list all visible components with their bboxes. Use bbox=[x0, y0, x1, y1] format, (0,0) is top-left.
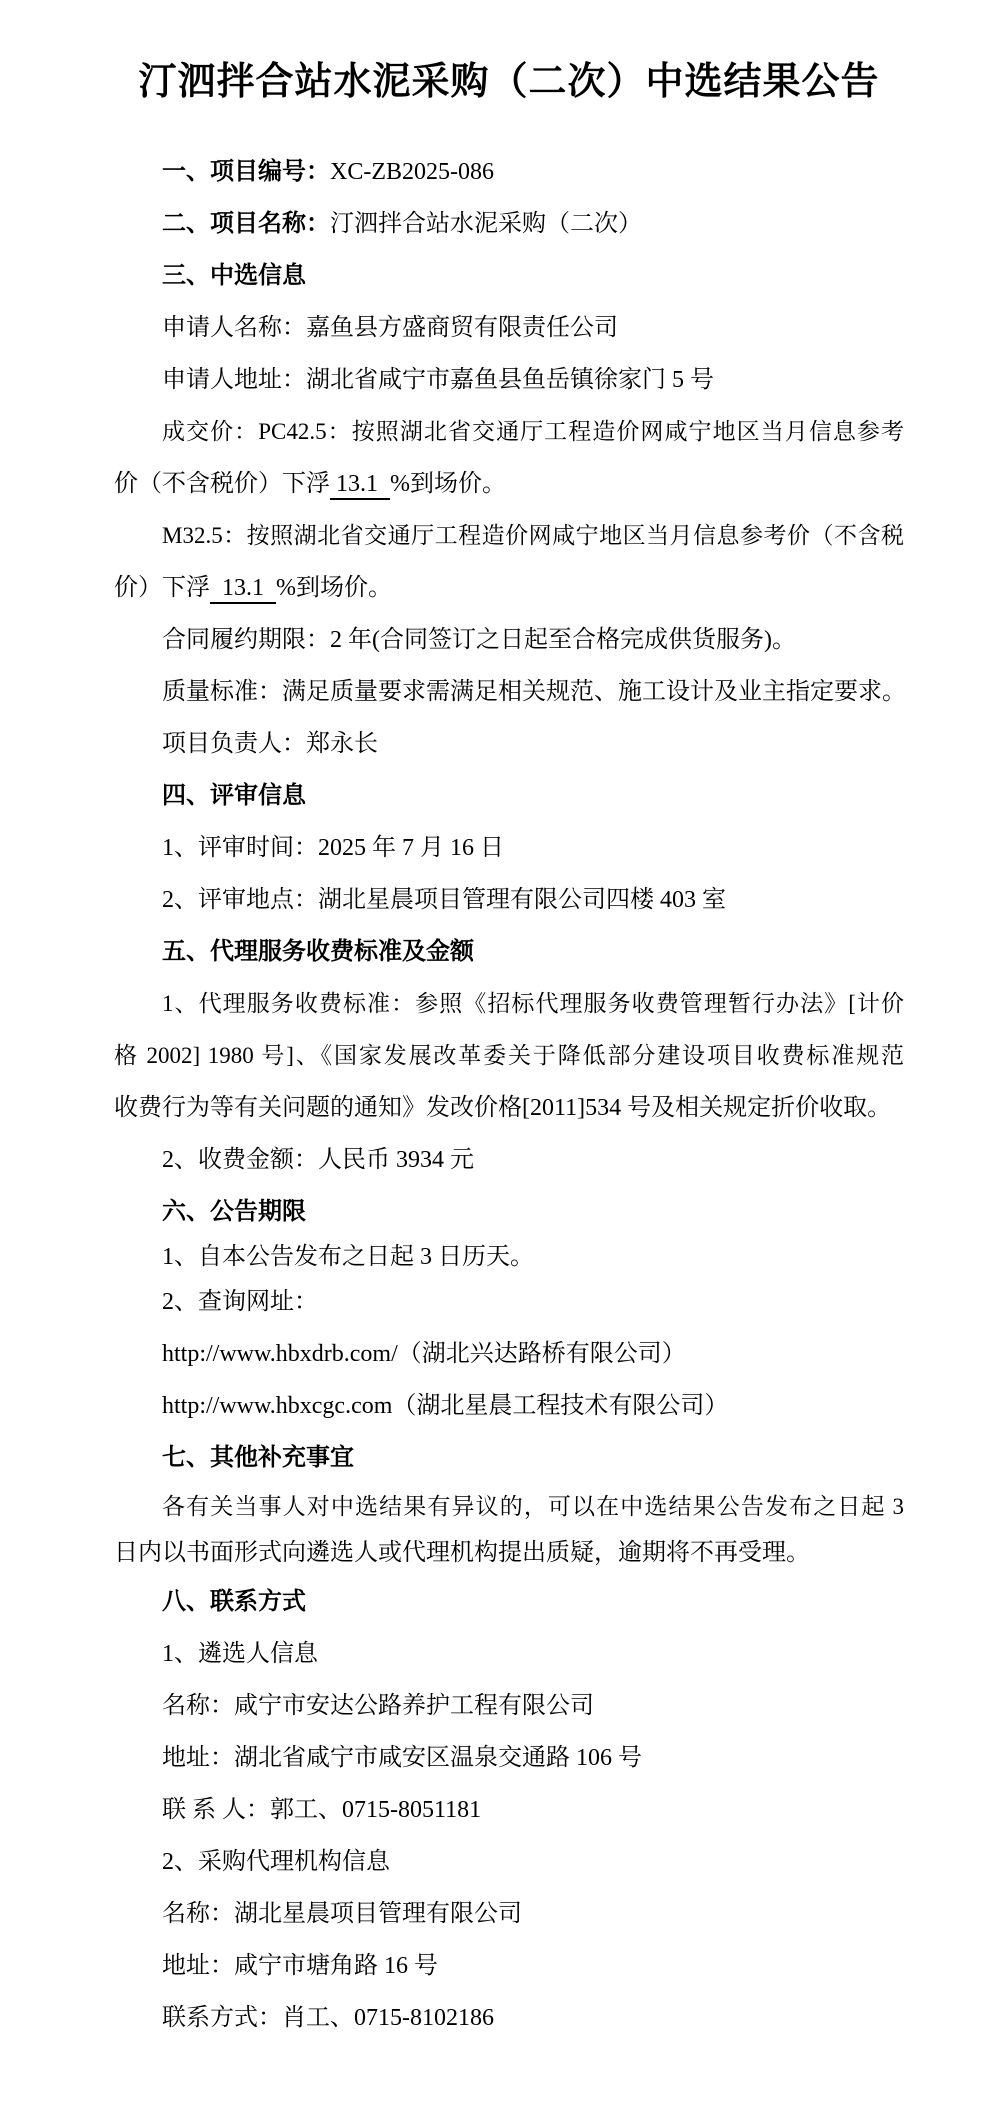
deal-price-m325-line2: 价）下浮 13.1 %到场价。 bbox=[114, 562, 904, 614]
bold-label: 六、公告期限 bbox=[162, 1198, 306, 1225]
text-run: 名称：咸宁市安达公路养护工程有限公司 bbox=[162, 1693, 594, 1719]
text-run: 项目负责人：郑永长 bbox=[162, 731, 378, 757]
text-run: 地址：湖北省咸宁市咸安区温泉交通路 106 号 bbox=[162, 1745, 642, 1771]
selector-name: 名称：咸宁市安达公路养护工程有限公司 bbox=[114, 1680, 904, 1732]
heading-other-matters: 七、其他补充事宜 bbox=[114, 1432, 904, 1484]
agency-address: 地址：咸宁市塘角路 16 号 bbox=[114, 1940, 904, 1992]
bold-label: 八、联系方式 bbox=[162, 1588, 306, 1615]
project-manager: 项目负责人：郑永长 bbox=[114, 718, 904, 770]
fee-amount: 2、收费金额：人民币 3934 元 bbox=[114, 1134, 904, 1186]
objection-notice-line2: 日内以书面形式向遴选人或代理机构提出质疑，逾期将不再受理。 bbox=[114, 1530, 904, 1576]
doc-body: 一、项目编号：XC-ZB2025-086二、项目名称：汀泗拌合站水泥采购（二次）… bbox=[114, 146, 904, 2044]
objection-notice-line1: 各有关当事人对中选结果有异议的，可以在中选结果公告发布之日起 3 bbox=[114, 1484, 904, 1530]
underlined-value: 13.1 bbox=[330, 471, 390, 497]
text-run: 价（不含税价）下浮 bbox=[114, 471, 330, 497]
heading-announcement-period: 六、公告期限 bbox=[114, 1186, 904, 1238]
heading-selection-info: 三、中选信息 bbox=[114, 250, 904, 302]
text-run: 日内以书面形式向遴选人或代理机构提出质疑，逾期将不再受理。 bbox=[114, 1540, 810, 1566]
bold-label: 一、项目编号： bbox=[162, 158, 330, 185]
applicant-address: 申请人地址：湖北省咸宁市嘉鱼县鱼岳镇徐家门 5 号 bbox=[114, 354, 904, 406]
website-hbxdrb: http://www.hbxdrb.com/（湖北兴达路桥有限公司） bbox=[114, 1328, 904, 1380]
text-run: %到场价。 bbox=[390, 471, 506, 497]
text-run: 2、查询网址： bbox=[162, 1289, 318, 1315]
agency-fee-standard-line2: 格 2002] 1980 号]、《国家发展改革委关于降低部分建设项目收费标准规范 bbox=[114, 1030, 904, 1082]
text-run: 价）下浮 bbox=[114, 575, 210, 601]
heading-contact-info: 八、联系方式 bbox=[114, 1576, 904, 1628]
text-run: M32.5：按照湖北省交通厅工程造价网咸宁地区当月信息参考价（不含税 bbox=[162, 523, 904, 548]
deal-price-pc425-line1: 成交价：PC42.5：按照湖北省交通厅工程造价网咸宁地区当月信息参考 bbox=[114, 406, 904, 458]
website-hbxcgc: http://www.hbxcgc.com（湖北星晨工程技术有限公司） bbox=[114, 1380, 904, 1432]
text-run: http://www.hbxcgc.com（湖北星晨工程技术有限公司） bbox=[162, 1393, 728, 1419]
text-run: 名称：湖北星晨项目管理有限公司 bbox=[162, 1901, 522, 1927]
text-run: 联 系 人：郭工、0715-8051181 bbox=[162, 1797, 481, 1823]
text-run: 申请人地址：湖北省咸宁市嘉鱼县鱼岳镇徐家门 5 号 bbox=[162, 367, 714, 393]
page-title: 汀泗拌合站水泥采购（二次）中选结果公告 bbox=[114, 58, 904, 106]
selector-address: 地址：湖北省咸宁市咸安区温泉交通路 106 号 bbox=[114, 1732, 904, 1784]
text-run: 成交价：PC42.5：按照湖北省交通厅工程造价网咸宁地区当月信息参考 bbox=[162, 419, 904, 444]
quality-standard: 质量标准：满足质量要求需满足相关规范、施工设计及业主指定要求。 bbox=[114, 666, 904, 718]
text-run: 收费行为等有关问题的通知》发改价格[2011]534 号及相关规定折价收取。 bbox=[114, 1095, 891, 1121]
project-name: 二、项目名称：汀泗拌合站水泥采购（二次） bbox=[114, 198, 904, 250]
text-run: http://www.hbxdrb.com/（湖北兴达路桥有限公司） bbox=[162, 1341, 686, 1367]
text-run: 1、自本公告发布之日起 3 日历天。 bbox=[162, 1244, 534, 1270]
bold-label: 七、其他补充事宜 bbox=[162, 1444, 354, 1471]
text-run: 1、遴选人信息 bbox=[162, 1641, 318, 1667]
text-run: 各有关当事人对中选结果有异议的，可以在中选结果公告发布之日起 3 bbox=[162, 1494, 904, 1519]
text-run: 格 2002] 1980 号]、《国家发展改革委关于降低部分建设项目收费标准规范 bbox=[114, 1043, 904, 1068]
text-run: 2、收费金额：人民币 3934 元 bbox=[162, 1147, 474, 1173]
text-run: 合同履约期限：2 年(合同签订之日起至合格完成供货服务)。 bbox=[162, 627, 796, 653]
selector-contact: 联 系 人：郭工、0715-8051181 bbox=[114, 1784, 904, 1836]
text-run: 2、评审地点：湖北星晨项目管理有限公司四楼 403 室 bbox=[162, 887, 726, 913]
text-run: 汀泗拌合站水泥采购（二次） bbox=[330, 211, 642, 237]
text-run: XC-ZB2025-086 bbox=[330, 159, 494, 185]
applicant-name: 申请人名称：嘉鱼县方盛商贸有限责任公司 bbox=[114, 302, 904, 354]
deal-price-pc425-line2: 价（不含税价）下浮 13.1 %到场价。 bbox=[114, 458, 904, 510]
bold-label: 二、项目名称： bbox=[162, 210, 330, 237]
text-run: 2、采购代理机构信息 bbox=[162, 1849, 390, 1875]
heading-agency-fee: 五、代理服务收费标准及金额 bbox=[114, 926, 904, 978]
text-run: %到场价。 bbox=[276, 575, 392, 601]
text-run: 质量标准：满足质量要求需满足相关规范、施工设计及业主指定要求。 bbox=[162, 679, 904, 705]
review-place: 2、评审地点：湖北星晨项目管理有限公司四楼 403 室 bbox=[114, 874, 904, 926]
agency-info-label: 2、采购代理机构信息 bbox=[114, 1836, 904, 1888]
text-run: 1、代理服务收费标准：参照《招标代理服务收费管理暂行办法》[计价 bbox=[162, 991, 904, 1016]
text-run: 申请人名称：嘉鱼县方盛商贸有限责任公司 bbox=[162, 315, 618, 341]
review-time: 1、评审时间：2025 年 7 月 16 日 bbox=[114, 822, 904, 874]
text-run: 地址：咸宁市塘角路 16 号 bbox=[162, 1953, 438, 1979]
agency-fee-standard-line1: 1、代理服务收费标准：参照《招标代理服务收费管理暂行办法》[计价 bbox=[114, 978, 904, 1030]
announcement-days: 1、自本公告发布之日起 3 日历天。 bbox=[114, 1238, 904, 1276]
contract-term: 合同履约期限：2 年(合同签订之日起至合格完成供货服务)。 bbox=[114, 614, 904, 666]
agency-contact: 联系方式：肖工、0715-8102186 bbox=[114, 1992, 904, 2044]
heading-review-info: 四、评审信息 bbox=[114, 770, 904, 822]
selector-info-label: 1、遴选人信息 bbox=[114, 1628, 904, 1680]
text-run: 联系方式：肖工、0715-8102186 bbox=[162, 2005, 494, 2031]
agency-fee-standard-line3: 收费行为等有关问题的通知》发改价格[2011]534 号及相关规定折价收取。 bbox=[114, 1082, 904, 1134]
deal-price-m325-line1: M32.5：按照湖北省交通厅工程造价网咸宁地区当月信息参考价（不含税 bbox=[114, 510, 904, 562]
query-websites-label: 2、查询网址： bbox=[114, 1276, 904, 1328]
bold-label: 三、中选信息 bbox=[162, 262, 306, 289]
bold-label: 四、评审信息 bbox=[162, 782, 306, 809]
document-page: 汀泗拌合站水泥采购（二次）中选结果公告 一、项目编号：XC-ZB2025-086… bbox=[0, 0, 1000, 2122]
underlined-value: 13.1 bbox=[210, 575, 276, 601]
agency-name: 名称：湖北星晨项目管理有限公司 bbox=[114, 1888, 904, 1940]
project-number: 一、项目编号：XC-ZB2025-086 bbox=[114, 146, 904, 198]
text-run: 1、评审时间：2025 年 7 月 16 日 bbox=[162, 835, 504, 861]
bold-label: 五、代理服务收费标准及金额 bbox=[162, 938, 474, 965]
